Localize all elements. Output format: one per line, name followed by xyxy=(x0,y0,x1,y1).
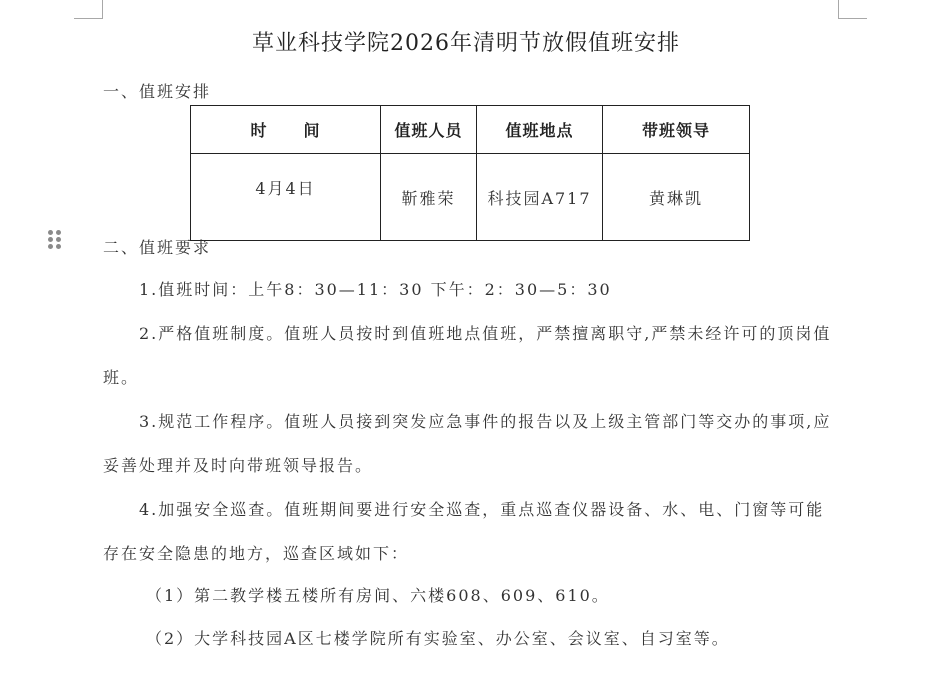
header-staff: 值班人员 xyxy=(381,106,477,154)
header-time-char2: 间 xyxy=(304,121,321,140)
cell-location: 科技园A717 xyxy=(477,154,603,241)
section-heading-schedule: 一、值班安排 xyxy=(103,79,211,102)
cell-leader: 黄琳凯 xyxy=(603,154,750,241)
table-header-row: 时间 值班人员 值班地点 带班领导 xyxy=(191,106,750,154)
header-time-char1: 时 xyxy=(250,121,267,140)
header-time: 时间 xyxy=(191,106,381,154)
header-location: 值班地点 xyxy=(477,106,603,154)
requirement-item-4: 4.加强安全巡查。值班期间要进行安全巡查，重点巡查仪器设备、水、电、门窗等可能存… xyxy=(103,488,833,576)
requirement-item-1: 1.值班时间：上午8：30—11：30 下午：2：30—5：30 xyxy=(103,268,833,312)
patrol-area-1: （1）第二教学楼五楼所有房间、六楼608、609、610。 xyxy=(146,583,610,606)
page-margin-corner-top-left xyxy=(74,0,103,19)
requirement-item-3: 3.规范工作程序。值班人员接到突发应急事件的报告以及上级主管部门等交办的事项,应… xyxy=(103,400,833,488)
drag-handle-icon[interactable] xyxy=(48,230,62,250)
cell-time: 4月4日 xyxy=(191,154,381,241)
header-leader: 带班领导 xyxy=(603,106,750,154)
patrol-area-2: （2）大学科技园A区七楼学院所有实验室、办公室、会议室、自习室等。 xyxy=(146,626,730,649)
duty-schedule-table: 时间 值班人员 值班地点 带班领导 4月4日 靳雅荣 科技园A717 黄琳凯 xyxy=(190,105,750,241)
requirement-item-2: 2.严格值班制度。值班人员按时到值班地点值班，严禁擅离职守,严禁未经许可的顶岗值… xyxy=(103,312,833,400)
page-margin-corner-top-right xyxy=(838,0,867,19)
cell-staff: 靳雅荣 xyxy=(381,154,477,241)
document-title: 草业科技学院2026年清明节放假值班安排 xyxy=(0,26,932,57)
section-heading-requirements: 二、值班要求 xyxy=(103,235,211,258)
table-row: 4月4日 靳雅荣 科技园A717 黄琳凯 xyxy=(191,154,750,241)
